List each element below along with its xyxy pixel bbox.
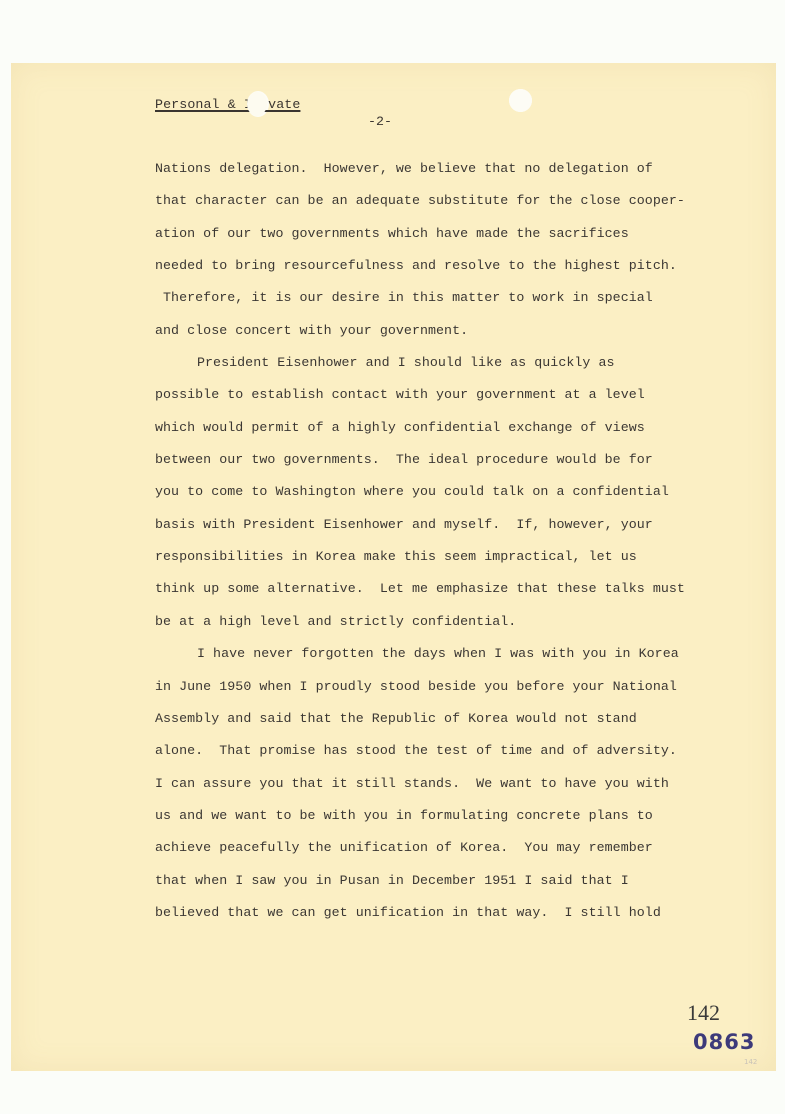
text-line: in June 1950 when I proudly stood beside… (155, 676, 715, 708)
text-line: responsibilities in Korea make this seem… (155, 546, 715, 578)
archive-stamp-number: 0863 (693, 1030, 755, 1054)
page-number: -2- (368, 114, 392, 129)
classification-header: Personal & I vate (155, 97, 300, 112)
text-line: basis with President Eisenhower and myse… (155, 514, 715, 546)
text-line: us and we want to be with you in formula… (155, 805, 715, 837)
text-line: ation of our two governments which have … (155, 223, 715, 255)
text-line: Nations delegation. However, we believe … (155, 158, 715, 190)
text-line: that when I saw you in Pusan in December… (155, 870, 715, 902)
text-line: and close concert with your government. (155, 320, 715, 352)
text-line: I can assure you that it still stands. W… (155, 773, 715, 805)
text-line: be at a high level and strictly confiden… (155, 611, 715, 643)
typed-page-number: 142 (687, 1000, 720, 1026)
text-line: that character can be an adequate substi… (155, 190, 715, 222)
text-line: I have never forgotten the days when I w… (155, 643, 715, 675)
punch-hole-over-header (247, 92, 267, 116)
text-line: needed to bring resourcefulness and reso… (155, 255, 715, 287)
text-line: alone. That promise has stood the test o… (155, 740, 715, 772)
text-line: President Eisenhower and I should like a… (155, 352, 715, 384)
text-line: which would permit of a highly confident… (155, 417, 715, 449)
punch-hole-right (509, 89, 532, 112)
text-line: possible to establish contact with your … (155, 384, 715, 416)
text-line: achieve peacefully the unification of Ko… (155, 837, 715, 869)
text-line: Assembly and said that the Republic of K… (155, 708, 715, 740)
text-line: think up some alternative. Let me emphas… (155, 578, 715, 610)
text-line: Therefore, it is our desire in this matt… (155, 287, 715, 319)
pencil-annotation: 142 (744, 1058, 757, 1066)
text-line: believed that we can get unification in … (155, 902, 715, 934)
text-line: between our two governments. The ideal p… (155, 449, 715, 481)
letter-body: Nations delegation. However, we believe … (155, 158, 715, 934)
text-line: you to come to Washington where you coul… (155, 481, 715, 513)
